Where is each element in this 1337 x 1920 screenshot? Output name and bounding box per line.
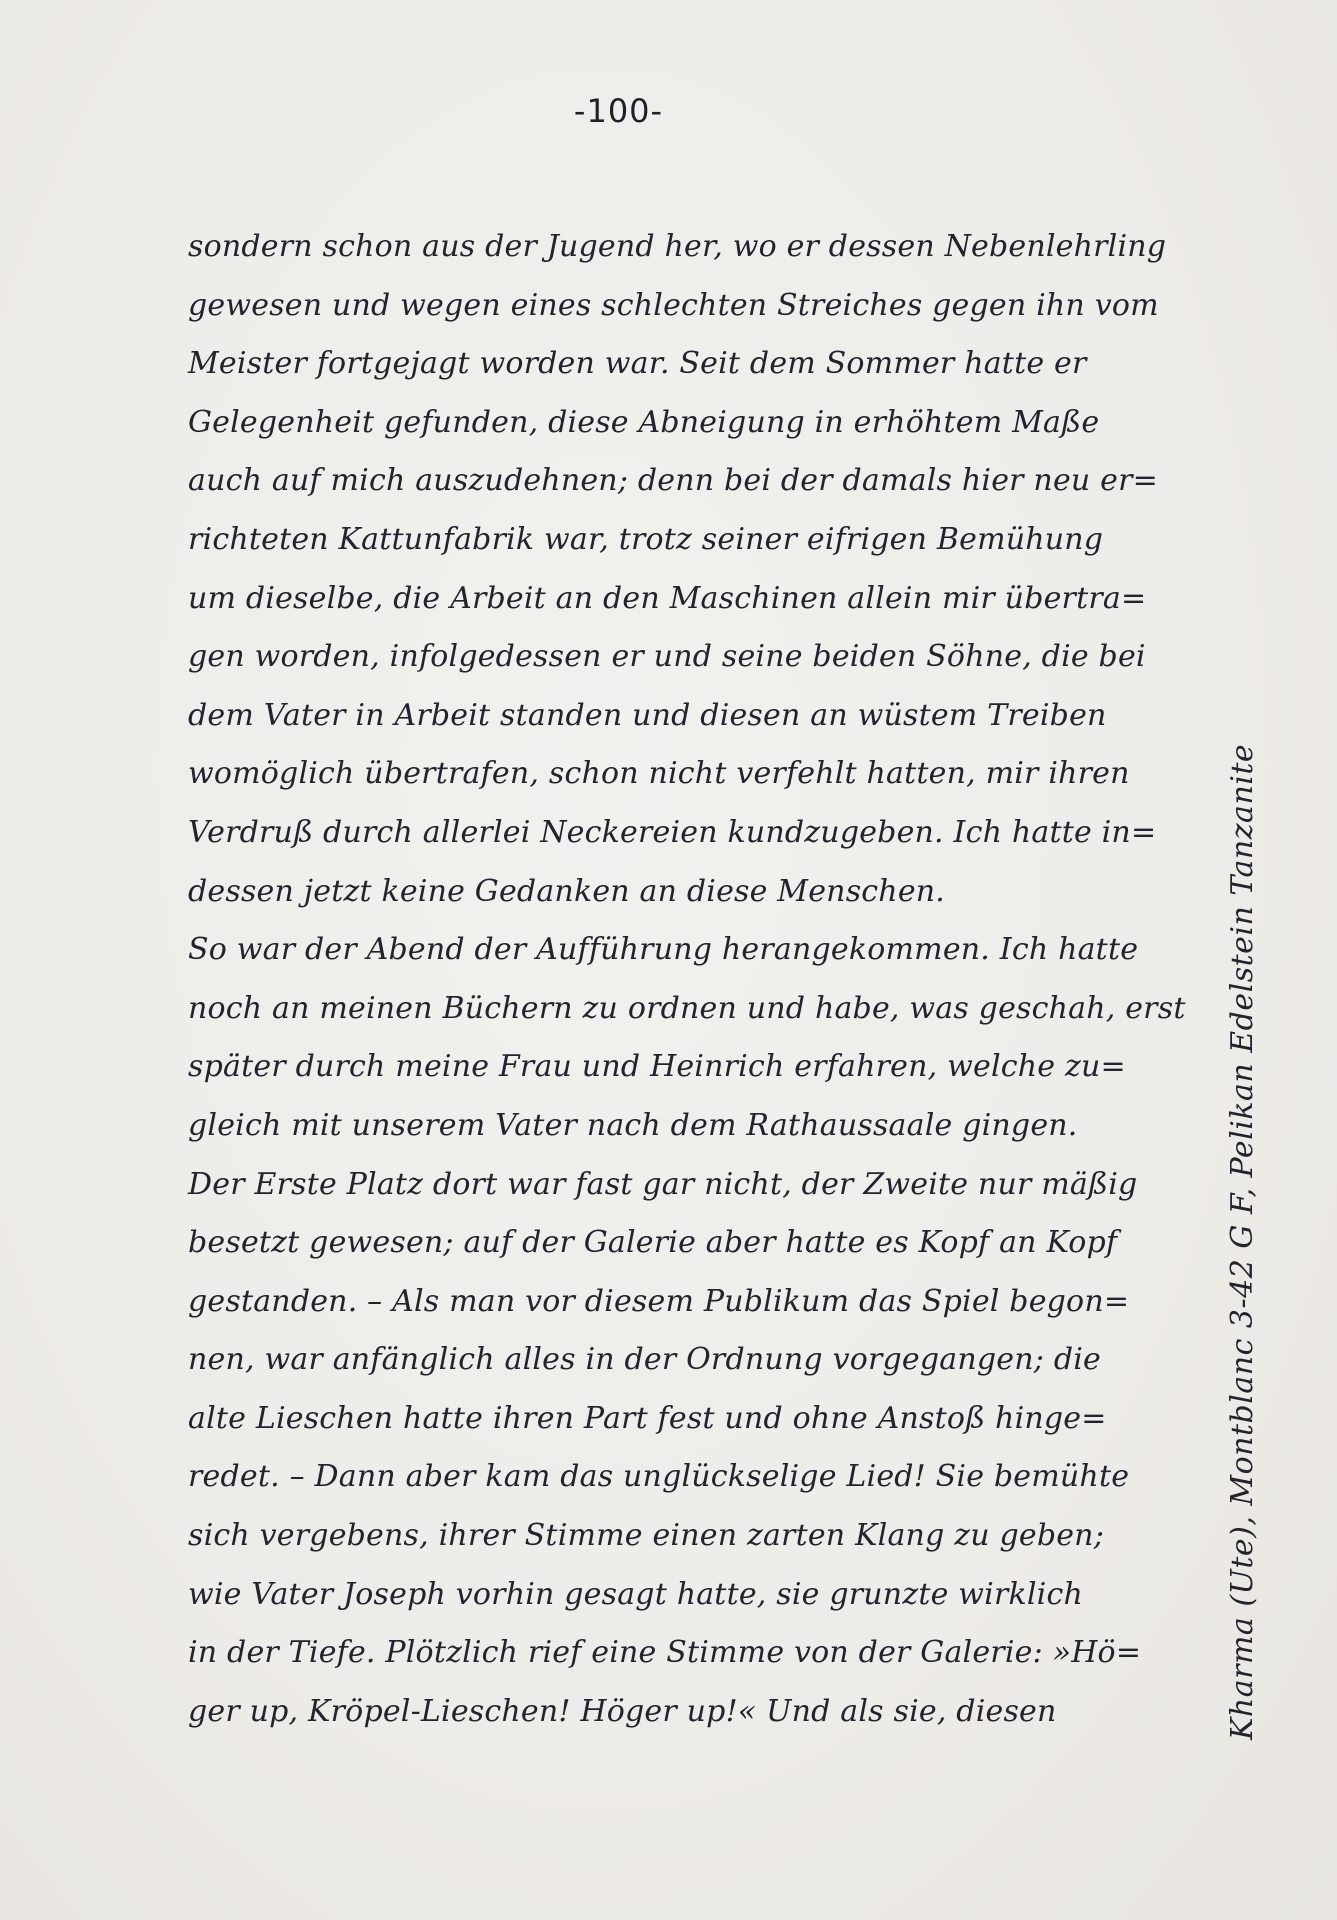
text-line: Gelegenheit gefunden, diese Abneigung in… (188, 394, 1148, 453)
text-line: dessen jetzt keine Gedanken an diese Men… (188, 863, 1148, 922)
text-line: Meister fortgejagt worden war. Seit dem … (188, 335, 1148, 394)
page-number: -100- (0, 92, 1337, 130)
text-line: redet. – Dann aber kam das unglückselige… (188, 1448, 1148, 1507)
text-line: Der Erste Platz dort war fast gar nicht,… (188, 1156, 1148, 1215)
text-line: womöglich übertrafen, schon nicht verfeh… (188, 745, 1148, 804)
text-line: auch auf mich auszudehnen; denn bei der … (188, 452, 1148, 511)
text-line: richteten Kattunfabrik war, trotz seiner… (188, 511, 1148, 570)
text-line: So war der Abend der Aufführung herangek… (188, 921, 1148, 980)
text-line: gewesen und wegen eines schlechten Strei… (188, 277, 1148, 336)
text-line: später durch meine Frau und Heinrich erf… (188, 1038, 1148, 1097)
manuscript-page: -100- sondern schon aus der Jugend her, … (0, 0, 1337, 1920)
text-line: um dieselbe, die Arbeit an den Maschinen… (188, 570, 1148, 629)
text-line: besetzt gewesen; auf der Galerie aber ha… (188, 1214, 1148, 1273)
text-line: noch an meinen Büchern zu ordnen und hab… (188, 980, 1148, 1039)
text-line: sich vergebens, ihrer Stimme einen zarte… (188, 1507, 1148, 1566)
text-line: gleich mit unserem Vater nach dem Rathau… (188, 1097, 1148, 1156)
text-line: gestanden. – Als man vor diesem Publikum… (188, 1273, 1148, 1332)
text-line: sondern schon aus der Jugend her, wo er … (188, 218, 1148, 277)
vertical-margin-note: Kharma (Ute), Montblanc 3-42 G F, Pelika… (1225, 744, 1260, 1740)
page-number-text: -100- (574, 92, 663, 130)
text-line: alte Lieschen hatte ihren Part fest und … (188, 1390, 1148, 1449)
handwritten-body-text: sondern schon aus der Jugend her, wo er … (188, 218, 1148, 1741)
text-line: gen worden, infolgedessen er und seine b… (188, 628, 1148, 687)
text-line: in der Tiefe. Plötzlich rief eine Stimme… (188, 1624, 1148, 1683)
text-line: ger up, Kröpel-Lieschen! Höger up!« Und … (188, 1683, 1148, 1742)
text-line: wie Vater Joseph vorhin gesagt hatte, si… (188, 1566, 1148, 1625)
text-line: Verdruß durch allerlei Neckereien kundzu… (188, 804, 1148, 863)
text-line: nen, war anfänglich alles in der Ordnung… (188, 1331, 1148, 1390)
text-line: dem Vater in Arbeit standen und diesen a… (188, 687, 1148, 746)
